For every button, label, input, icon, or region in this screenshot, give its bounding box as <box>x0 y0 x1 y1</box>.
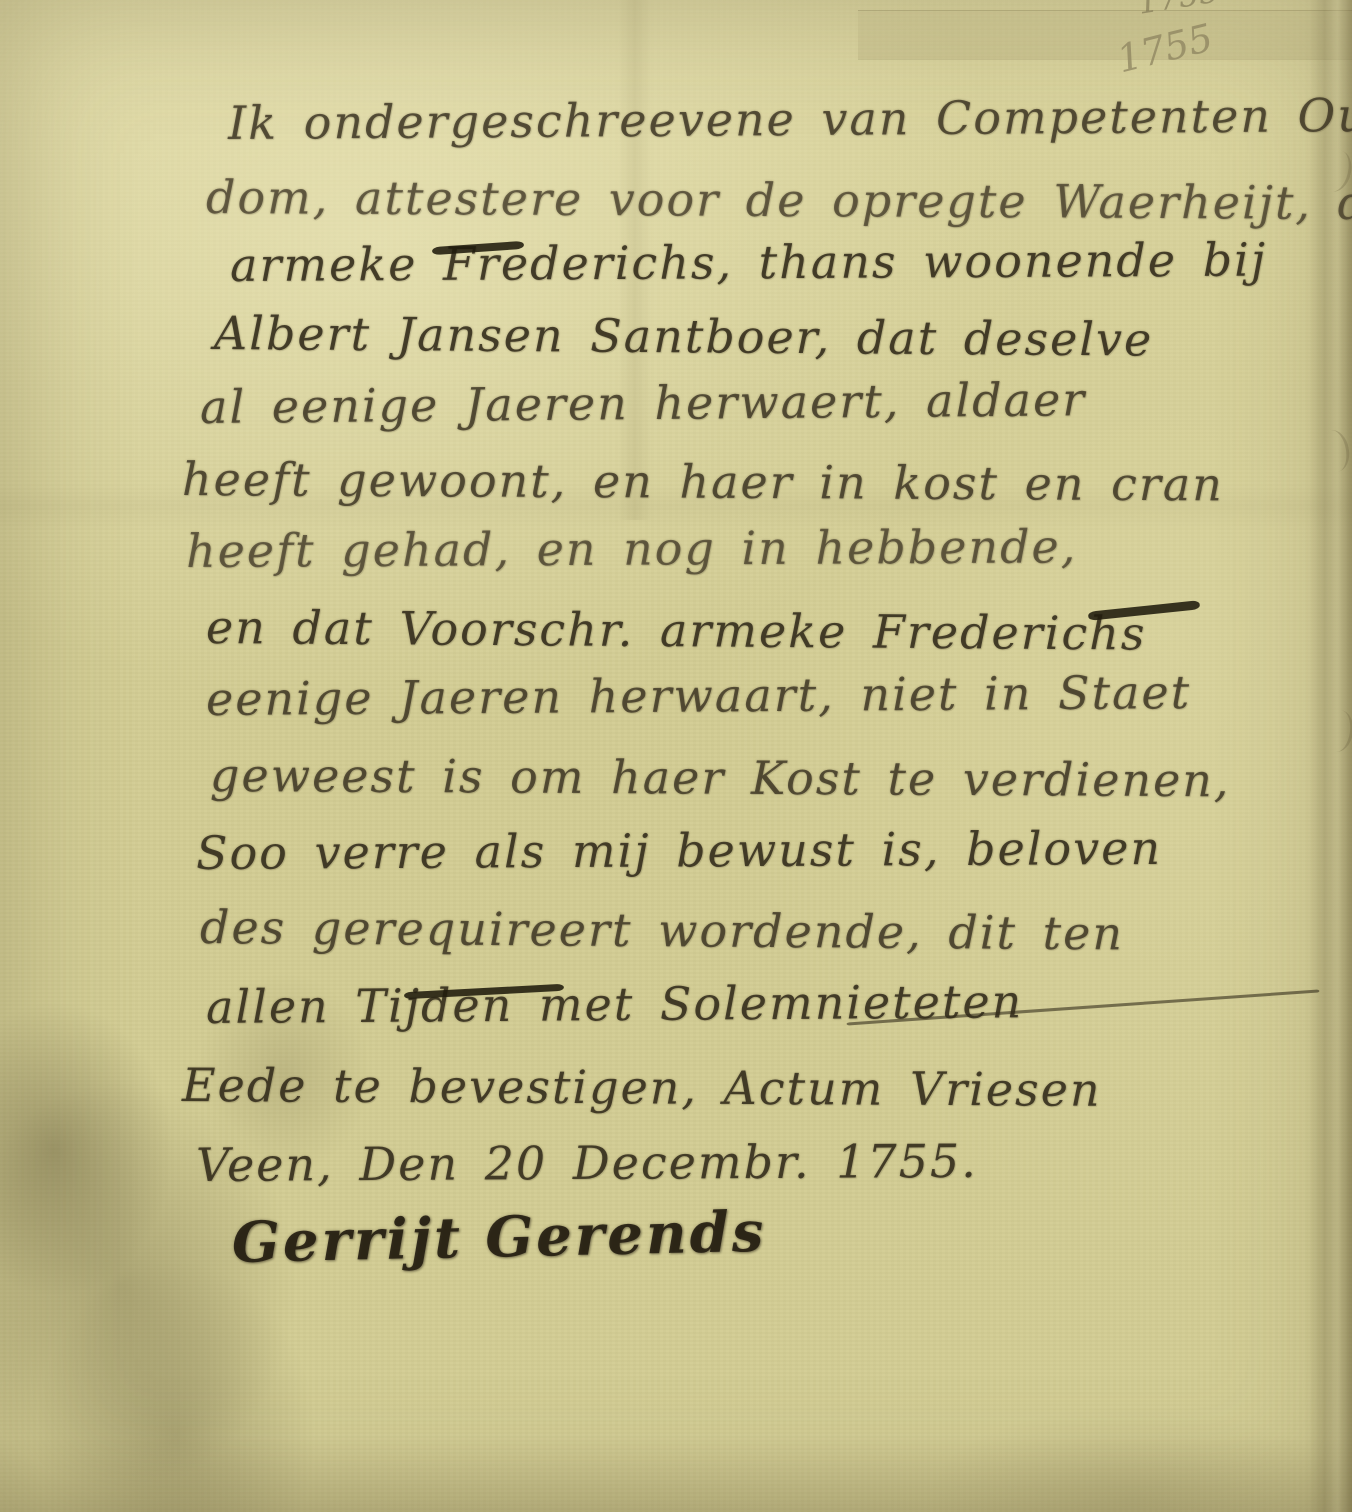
manuscript-line: heeft gehad, en nog in hebbende, <box>186 519 1078 578</box>
manuscript-line: eenige Jaeren herwaart, niet in Staet <box>206 665 1192 726</box>
top-right-fold-band <box>858 10 1352 60</box>
manuscript-line: heeft gewoont, en haer in kost en cran <box>182 452 1224 511</box>
manuscript-line: armeke Frederichs, thans woonende bij <box>230 233 1267 292</box>
manuscript-line: allen Tijden met Solemnieteten <box>206 974 1024 1034</box>
manuscript-line: Albert Jansen Santboer, dat deselve <box>214 306 1154 367</box>
signature: Gerrijt Gerends <box>231 1199 767 1276</box>
manuscript-line: Ik ondergeschreevene van Competenten Oud… <box>228 87 1352 150</box>
manuscript-line: geweest is om haer Kost te verdienen, <box>210 748 1231 807</box>
manuscript-line: en dat Voorschr. armeke Frederichs <box>206 600 1147 661</box>
manuscript-line: al eenige Jaeren herwaert, aldaer <box>200 372 1087 434</box>
manuscript-line: des gerequireert wordende, dit ten <box>200 900 1124 960</box>
manuscript-line: Veen, Den 20 Decembr. 1755. <box>196 1134 978 1192</box>
manuscript-line: Eede te bevestigen, Actum Vriesen <box>182 1058 1102 1117</box>
manuscript-page: 1755 1755 Ik ondergeschreevene van Compe… <box>0 0 1352 1512</box>
manuscript-line: Soo verre als mij bewust is, beloven <box>196 821 1162 880</box>
manuscript-line: dom, attestere voor de opregte Waerheijt… <box>206 170 1352 230</box>
